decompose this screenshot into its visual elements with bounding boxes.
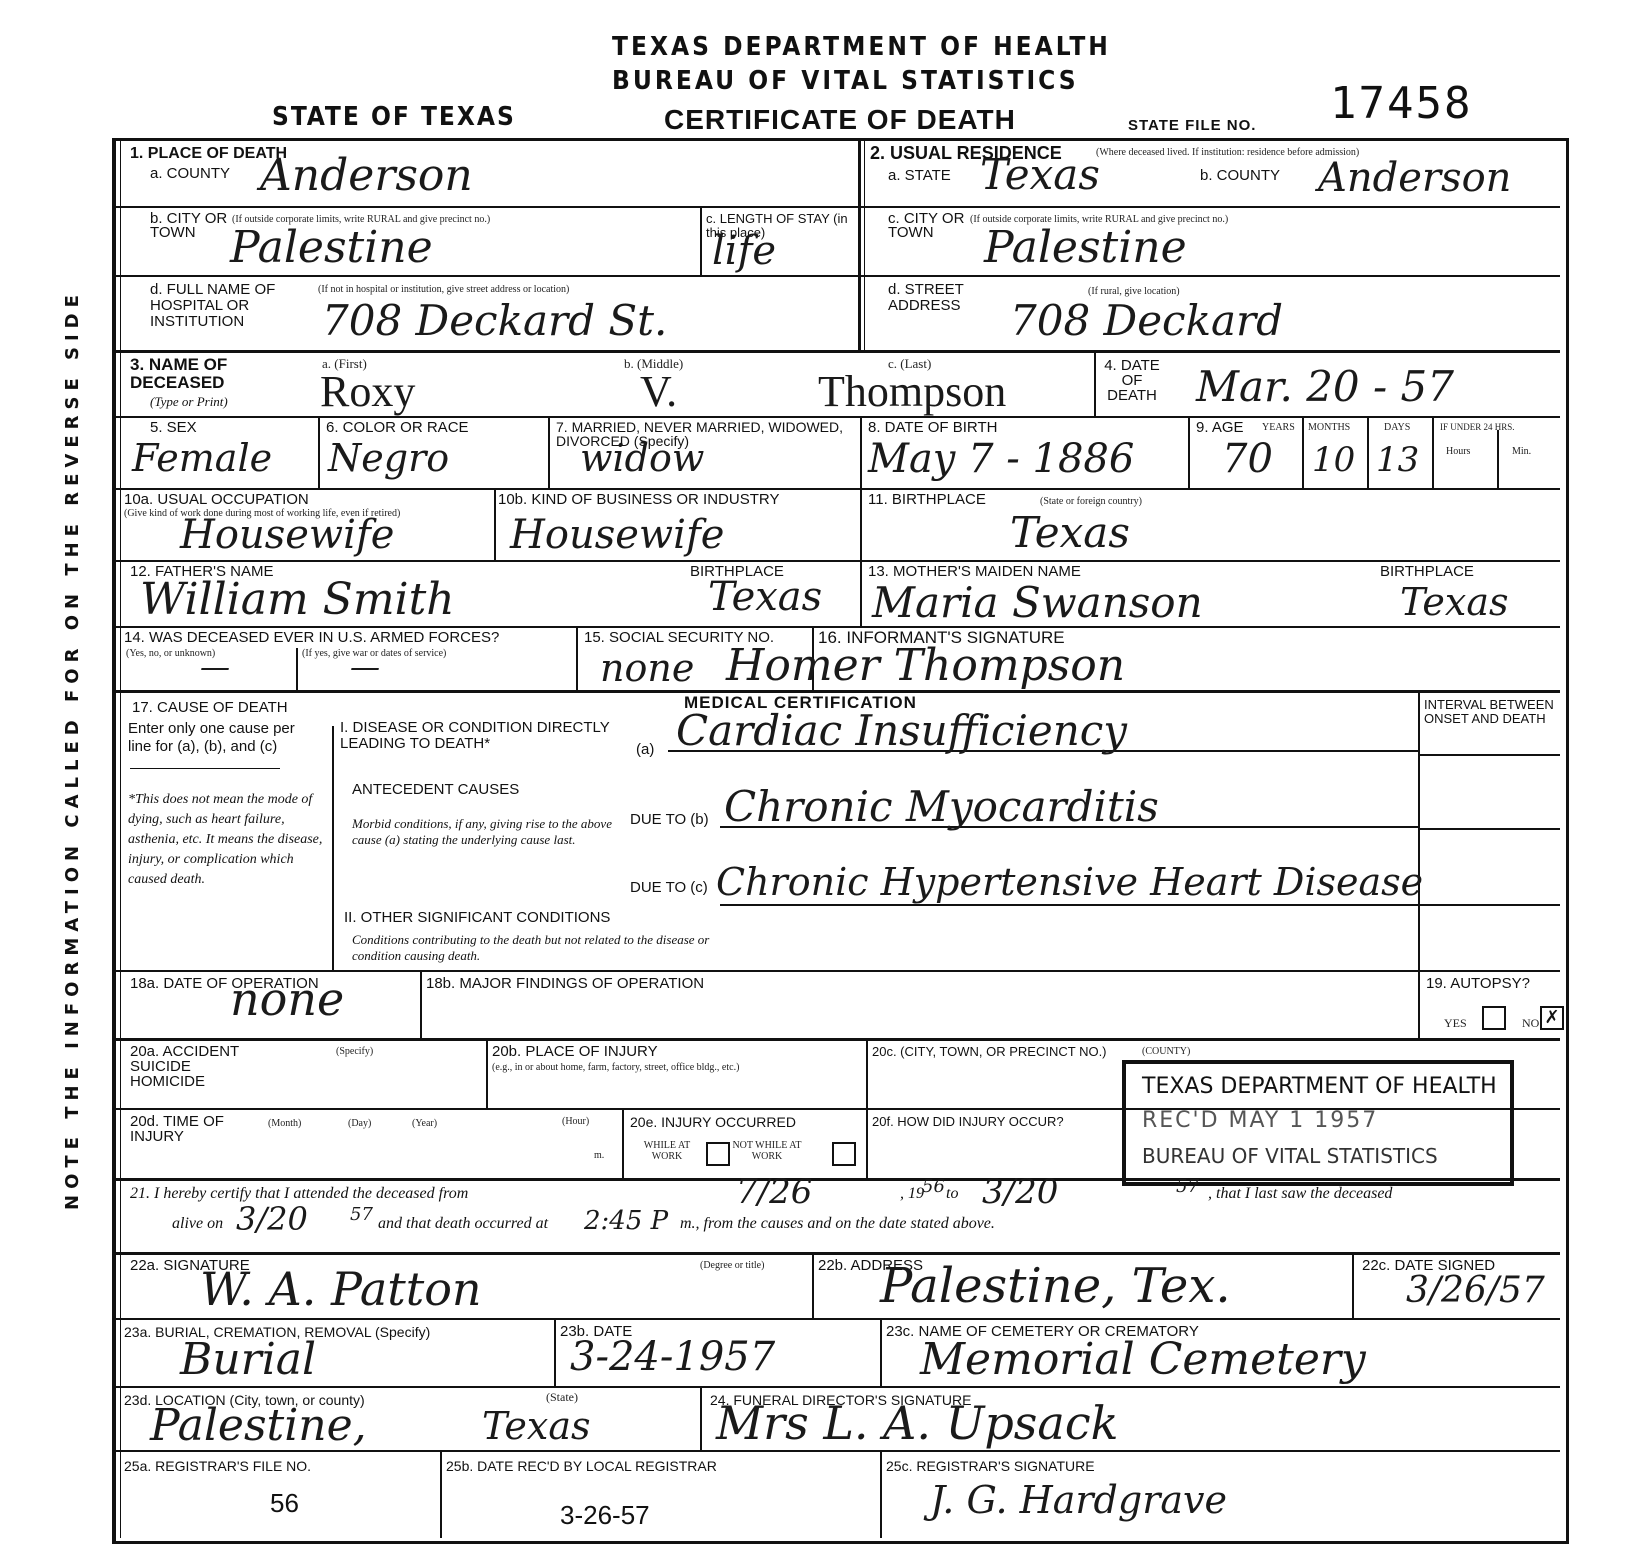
funeral-director-signature[interactable]: Mrs L. A. Upsack [716,1396,1118,1450]
attended-from-year-prefix: , 19 [900,1186,924,1202]
department-heading: TEXAS DEPARTMENT OF HEALTH [612,32,1111,62]
date-of-death-label: 4. DATE OF DEATH [1102,358,1162,403]
residence-street-value[interactable]: 708 Deckard [1010,296,1283,345]
interval-label: INTERVAL BETWEEN ONSET AND DEATH [1424,698,1564,726]
certify-text-2: , that I last saw the deceased [1208,1186,1392,1202]
first-name-value[interactable]: Roxy [320,366,415,417]
cause-a-marker: (a) [636,742,654,758]
minutes-label: Min. [1512,446,1531,457]
place-of-injury-note: (e.g., in or about home, farm, factory, … [492,1062,822,1073]
residence-county-label: b. COUNTY [1200,168,1280,184]
race-value[interactable]: Negro [328,436,449,480]
deceased-name-label: 3. NAME OF DECEASED [130,356,280,392]
while-at-work-checkbox[interactable] [706,1142,730,1166]
father-name-value[interactable]: William Smith [140,574,455,625]
reverse-side-note: NOTE THE INFORMATION CALLED FOR ON THE R… [62,289,83,1210]
hospital-value[interactable]: 708 Deckard St. [322,296,667,345]
antecedent-causes-label: ANTECEDENT CAUSES [352,782,519,798]
residence-city-label: c. CITY OR TOWN [888,212,968,240]
received-stamp: TEXAS DEPARTMENT OF HEALTH REC'D MAY 1 1… [1122,1060,1514,1186]
other-conditions-label: II. OTHER SIGNIFICANT CONDITIONS [344,910,610,926]
autopsy-no-label: NO [1522,1018,1539,1029]
stamp-line-1: TEXAS DEPARTMENT OF HEALTH [1142,1074,1497,1099]
cause-b-marker: DUE TO (b) [630,812,709,828]
to-text: to [946,1186,958,1202]
age-years-label: YEARS [1262,422,1295,433]
cause-c-marker: DUE TO (c) [630,880,708,896]
registrar-signature-label: 25c. REGISTRAR'S SIGNATURE [886,1458,1095,1474]
residence-street-label: d. STREET ADDRESS [888,282,978,314]
attended-from-year[interactable]: 56 [922,1176,945,1197]
death-county-label: a. COUNTY [150,166,230,182]
attended-to-year[interactable]: 57 [1176,1176,1199,1197]
birthplace-label: 11. BIRTHPLACE [868,492,986,508]
hours-label: Hours [1446,446,1470,457]
document-title: CERTIFICATE OF DEATH [664,104,1016,136]
autopsy-label: 19. AUTOPSY? [1426,976,1530,992]
cause-of-death-label: 17. CAUSE OF DEATH [132,700,288,716]
age-years-value[interactable]: 70 [1222,436,1273,482]
cause-c-value[interactable]: Chronic Hypertensive Heart Disease [716,860,1423,904]
registrar-signature[interactable]: J. G. Hardgrave [930,1478,1227,1522]
burial-state-label: (State) [546,1392,578,1403]
autopsy-no-checkbox[interactable]: ✗ [1540,1006,1564,1030]
how-injury-label: 20f. HOW DID INJURY OCCUR? [872,1114,1064,1130]
death-city-value[interactable]: Palestine [230,222,433,273]
attended-to-value[interactable]: 3/20 [982,1172,1058,1212]
physician-address-value[interactable]: Palestine, Tex. [880,1258,1231,1314]
certify-text-4: m., from the causes and on the date stat… [680,1216,995,1232]
sex-value[interactable]: Female [132,436,272,480]
hospital-note: (If not in hospital or institution, give… [318,284,838,295]
operation-date-value[interactable]: none [230,972,344,1026]
autopsy-yes-label: YES [1444,1018,1467,1029]
meridiem-note: m. [594,1150,604,1161]
armed-forces-label: 14. WAS DECEASED EVER IN U.S. ARMED FORC… [124,630,499,646]
month-note: (Month) [268,1118,301,1129]
deceased-name-note: (Type or Print) [150,394,228,410]
date-of-birth-label: 8. DATE OF BIRTH [868,420,997,436]
residence-county-value[interactable]: Anderson [1318,155,1511,201]
occupation-label: 10a. USUAL OCCUPATION [124,492,309,508]
social-security-value[interactable]: none [600,646,694,690]
hour-note: (Hour) [562,1116,589,1127]
hospital-label: d. FULL NAME OF HOSPITAL OR INSTITUTION [150,282,310,330]
not-while-at-work-checkbox[interactable] [832,1142,856,1166]
stamp-line-3: BUREAU OF VITAL STATISTICS [1142,1144,1438,1168]
under-24-hours-label: IF UNDER 24 HRS. [1440,422,1560,433]
date-signed-value[interactable]: 3/26/57 [1406,1270,1545,1311]
local-registrar-date-label: 25b. DATE REC'D BY LOCAL REGISTRAR [446,1458,717,1474]
physician-signature[interactable]: W. A. Patton [200,1262,482,1316]
degree-title-note: (Degree or title) [700,1260,764,1271]
operation-findings-label: 18b. MAJOR FINDINGS OF OPERATION [426,976,704,992]
death-time-value[interactable]: 2:45 P [584,1206,668,1236]
length-of-stay-value[interactable]: life [712,228,776,274]
age-days-value[interactable]: 13 [1376,440,1419,480]
disease-condition-label: I. DISEASE OR CONDITION DIRECTLY LEADING… [340,720,620,752]
informant-signature[interactable]: Homer Thompson [726,640,1125,691]
residence-city-value[interactable]: Palestine [984,222,1187,273]
day-note: (Day) [348,1118,371,1129]
age-days-label: DAYS [1384,422,1410,433]
year-note: (Year) [412,1118,437,1129]
state-file-label: STATE FILE NO. [1128,117,1256,134]
age-months-value[interactable]: 10 [1312,440,1355,480]
occupation-value[interactable]: Housewife [180,512,394,558]
cause-a-value[interactable]: Cardiac Insufficiency [676,706,1127,755]
registrar-file-value[interactable]: 56 [270,1488,299,1519]
not-while-at-work-label: NOT WHILE AT WORK [732,1140,802,1162]
accident-type-label: 20a. ACCIDENT SUICIDE HOMICIDE [130,1044,240,1089]
disposition-value[interactable]: Burial [180,1334,316,1385]
antecedent-causes-note: Morbid conditions, if any, giving rise t… [352,816,632,848]
other-conditions-note: Conditions contributing to the death but… [352,932,732,964]
alive-on-text: alive on [172,1216,223,1232]
residence-state-value[interactable]: Texas [980,150,1100,199]
business-label: 10b. KIND OF BUSINESS OR INDUSTRY [498,492,779,508]
middle-name-value[interactable]: V. [640,366,677,417]
stamp-line-2: REC'D MAY 1 1957 [1142,1108,1378,1133]
accident-specify-note: (Specify) [336,1046,373,1057]
business-value[interactable]: Housewife [510,512,724,558]
age-months-label: MONTHS [1308,422,1350,433]
armed-forces-value[interactable]: — [200,650,230,685]
birthplace-note: (State or foreign country) [1040,496,1142,507]
burial-state-value[interactable]: Texas [482,1404,590,1448]
alive-on-value[interactable]: 3/20 [236,1200,308,1238]
burial-city-value[interactable]: Palestine, [150,1400,367,1451]
date-of-birth-value[interactable]: May 7 - 1886 [868,436,1134,482]
state-heading: STATE OF TEXAS [272,102,516,132]
death-city-label: b. CITY OR TOWN [150,212,230,240]
residence-state-label: a. STATE [888,168,951,184]
cause-footnote: *This does not mean the mode of dying, s… [128,790,324,890]
mother-name-value[interactable]: Maria Swanson [872,578,1203,627]
death-county-value[interactable]: Anderson [260,150,473,201]
alive-on-year[interactable]: 57 [350,1204,373,1225]
age-label: 9. AGE [1196,420,1244,436]
bureau-heading: BUREAU OF VITAL STATISTICS [612,66,1079,96]
local-registrar-date-value[interactable]: 3-26-57 [560,1500,650,1531]
while-at-work-label: WHILE AT WORK [632,1140,702,1162]
time-of-injury-label: 20d. TIME OF INJURY [130,1114,230,1144]
birthplace-value[interactable]: Texas [1010,508,1130,557]
cause-of-death-note: Enter only one cause per line for (a), (… [128,720,318,756]
autopsy-yes-checkbox[interactable] [1482,1006,1506,1030]
marital-status-value[interactable]: widow [580,436,704,480]
burial-date-value[interactable]: 3-24-1957 [570,1334,775,1380]
place-of-injury-label: 20b. PLACE OF INJURY [492,1044,658,1060]
last-name-value[interactable]: Thompson [818,366,1006,417]
date-of-death-value[interactable]: Mar. 20 - 57 [1196,362,1454,411]
cause-b-value[interactable]: Chronic Myocarditis [724,782,1159,831]
mother-birthplace-value[interactable]: Texas [1400,580,1508,624]
race-label: 6. COLOR OR RACE [326,420,469,436]
registrar-file-label: 25a. REGISTRAR'S FILE NO. [124,1458,311,1474]
cemetery-value[interactable]: Memorial Cemetery [920,1334,1366,1385]
father-birthplace-value[interactable]: Texas [708,574,822,620]
injury-county-label: (COUNTY) [1142,1046,1190,1057]
state-file-number: 17458 [1330,78,1472,129]
injury-city-label: 20c. (CITY, TOWN, OR PRECINCT NO.) [872,1044,1107,1060]
attended-from-value[interactable]: 7/26 [736,1172,812,1212]
armed-service-value[interactable]: — [350,650,380,685]
injury-occurred-label: 20e. INJURY OCCURRED [630,1114,796,1130]
certify-text-3: and that death occurred at [378,1216,548,1232]
sex-label: 5. SEX [150,420,197,436]
mother-birthplace-label: BIRTHPLACE [1380,564,1474,580]
